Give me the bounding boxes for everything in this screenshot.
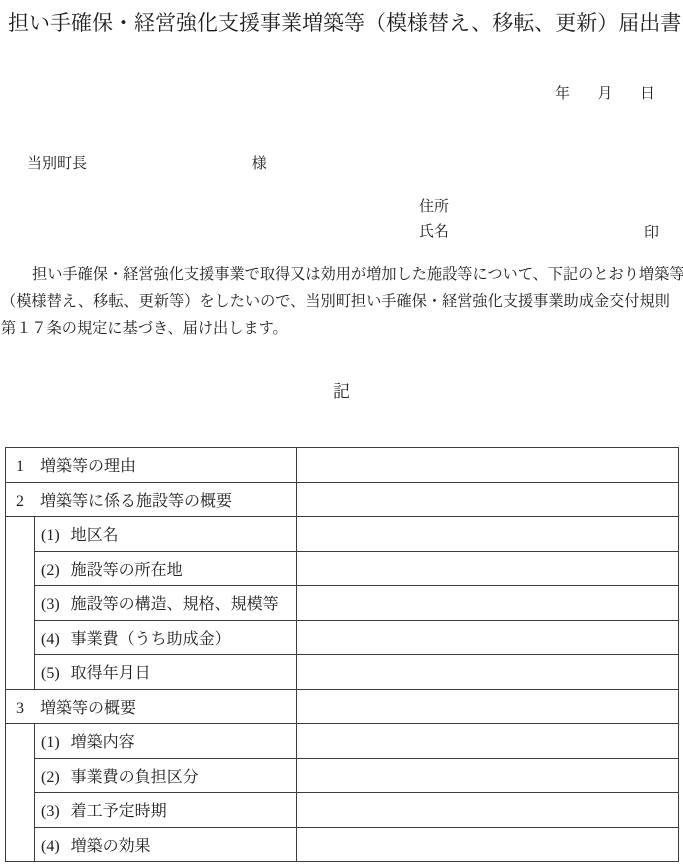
table-row-sub: (4)事業費（うち助成金） <box>6 620 679 655</box>
notification-details-table: 1増築等の理由 2増築等に係る施設等の概要 (1)地区名 (2)施設等の所在 <box>5 447 679 862</box>
row-number: 1 <box>16 458 24 475</box>
form-title: 担い手確保・経営強化支援事業増築等（模様替え、移転、更新）届出書 <box>8 7 681 37</box>
value-cell <box>297 827 679 862</box>
date-day-label: 日 <box>640 82 655 103</box>
body-line: 第１７条の規定に基づき、届け出します。 <box>1 315 683 342</box>
table-row-section-3: 3増築等の概要 <box>6 689 679 724</box>
indent-strip-cell <box>6 517 35 690</box>
list-marker-ki: 記 <box>0 377 683 402</box>
row-label: 増築等の理由 <box>40 458 136 475</box>
row-label-cell: (3)着工予定時期 <box>35 793 297 828</box>
row-label-cell: (1)地区名 <box>35 517 297 552</box>
row-label: 施設等の所在地 <box>71 562 183 579</box>
body-line: 担い手確保・経営強化支援事業で取得又は効用が増加した施設等について、下記のとおり… <box>1 261 683 288</box>
table-row-sub: (2)施設等の所在地 <box>6 551 679 586</box>
row-label-cell: (3)施設等の構造、規格、規模等 <box>35 586 297 621</box>
row-label: 取得年月日 <box>71 665 151 682</box>
row-label-cell: (2)施設等の所在地 <box>35 551 297 586</box>
value-cell <box>297 448 679 483</box>
row-label: 施設等の構造、規格、規模等 <box>71 596 279 613</box>
value-cell <box>297 655 679 690</box>
value-cell <box>297 551 679 586</box>
table-row-sub: (3)施設等の構造、規格、規模等 <box>6 586 679 621</box>
row-number: (4) <box>41 631 60 648</box>
row-number: (4) <box>41 838 60 855</box>
row-number: (3) <box>41 596 60 613</box>
row-label-cell: (4)増築の効果 <box>35 827 297 862</box>
row-label: 事業費の負担区分 <box>71 769 199 786</box>
row-number: (3) <box>41 803 60 820</box>
addressee-line: 当別町長 様 <box>27 152 267 173</box>
addressee-honorific: 様 <box>252 156 267 172</box>
document-page: 担い手確保・経営強化支援事業増築等（模様替え、移転、更新）届出書 年 月 日 当… <box>0 0 683 864</box>
date-year-label: 年 <box>555 82 570 103</box>
table-row-sub: (1)地区名 <box>6 517 679 552</box>
row-label-cell: (1)増築内容 <box>35 724 297 759</box>
value-cell <box>297 689 679 724</box>
sender-name-label: 氏名 <box>419 220 449 245</box>
table-row-sub: (1)増築内容 <box>6 724 679 759</box>
row-label: 増築等に係る施設等の概要 <box>40 493 232 510</box>
value-cell <box>297 517 679 552</box>
value-cell <box>297 586 679 621</box>
row-label: 増築の効果 <box>71 838 151 855</box>
value-cell <box>297 724 679 759</box>
row-label-cell: (2)事業費の負担区分 <box>35 758 297 793</box>
row-number: (1) <box>41 734 60 751</box>
row-number: 3 <box>16 700 24 717</box>
table-row-sub: (5)取得年月日 <box>6 655 679 690</box>
row-label-cell: 1増築等の理由 <box>6 448 297 483</box>
date-month-label: 月 <box>597 82 612 103</box>
sender-address-label: 住所 <box>419 195 449 220</box>
indent-strip-cell <box>6 724 35 862</box>
row-label: 増築等の概要 <box>40 700 136 717</box>
table-row-sub: (2)事業費の負担区分 <box>6 758 679 793</box>
row-label: 着工予定時期 <box>71 803 167 820</box>
row-number: (2) <box>41 769 60 786</box>
seal-mark: 印 <box>644 221 659 242</box>
row-number: (5) <box>41 665 60 682</box>
table-row-section-1: 1増築等の理由 <box>6 448 679 483</box>
row-label: 事業費（うち助成金） <box>71 631 231 648</box>
sender-block: 住所 氏名 <box>419 195 449 245</box>
row-number: (2) <box>41 562 60 579</box>
row-label-cell: (5)取得年月日 <box>35 655 297 690</box>
row-label: 増築内容 <box>71 734 135 751</box>
date-line: 年 月 日 <box>555 82 655 103</box>
value-cell <box>297 793 679 828</box>
table-row-sub: (3)着工予定時期 <box>6 793 679 828</box>
row-label: 地区名 <box>71 527 119 544</box>
addressee-name: 当別町長 <box>27 156 87 172</box>
row-number: 2 <box>16 493 24 510</box>
value-cell <box>297 620 679 655</box>
body-line: （模様替え、移転、更新等）をしたいので、当別町担い手確保・経営強化支援事業助成金… <box>1 288 683 315</box>
value-cell <box>297 482 679 517</box>
body-paragraph: 担い手確保・経営強化支援事業で取得又は効用が増加した施設等について、下記のとおり… <box>1 261 683 342</box>
table-row-sub: (4)増築の効果 <box>6 827 679 862</box>
row-number: (1) <box>41 527 60 544</box>
value-cell <box>297 758 679 793</box>
row-label-cell: 3増築等の概要 <box>6 689 297 724</box>
row-label-cell: 2増築等に係る施設等の概要 <box>6 482 297 517</box>
table-row-section-2: 2増築等に係る施設等の概要 <box>6 482 679 517</box>
row-label-cell: (4)事業費（うち助成金） <box>35 620 297 655</box>
